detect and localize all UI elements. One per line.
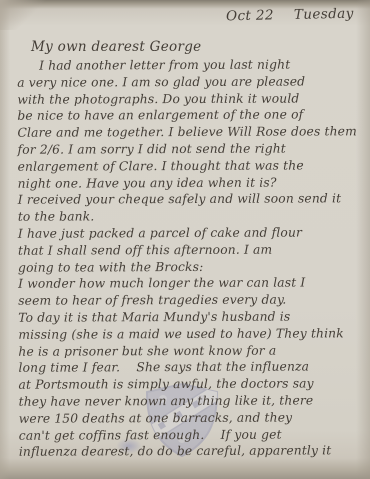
letter-date: Oct 22 [226,7,274,24]
letter-line: at Portsmouth is simply awful, the docto… [19,376,365,394]
letter-line: can't get coffins fast enough. If you ge… [19,427,365,445]
letter-line: enlargement of Clare. I thought that was… [18,158,364,176]
letter-line: missing (she is a maid we used to have) … [18,326,364,344]
letter-line: to the bank. [18,208,364,226]
letter-line: they have never known any thing like it,… [19,393,365,411]
letter-line: seem to hear of fresh tragedies every da… [18,292,364,310]
letter-line: with the photographs. Do you think it wo… [17,91,363,109]
letter-line: To day it is that Maria Mundy's husband … [18,309,364,327]
letter-line: that I shall send off this afternoon. I … [18,242,364,260]
letter-line: he is a prisoner but she wont know for a [18,343,364,361]
letter-line: night one. Have you any idea when it is? [18,175,364,193]
letter-line: for 2/6. I am sorry I did not send the r… [17,141,363,159]
letter-line: were 150 deaths at one barracks, and the… [19,410,365,428]
letter-line: I had another letter from you last night [17,57,363,75]
letter-line: long time I fear. She says that the infl… [18,360,364,378]
letter-page: Oct 22Tuesday My own dearest George I ha… [0,0,370,479]
letter-line: a very nice one. I am so glad you are pl… [17,74,363,92]
letter-line: be nice to have an enlargement of the on… [17,108,363,126]
paper-corner-edge [0,0,46,30]
letter-line: I received your cheque safely and will s… [18,192,364,210]
letter-line: I wonder how much longer the war can las… [18,276,364,294]
salutation: My own dearest George [31,39,201,55]
letter-line: I have just packed a parcel of cake and … [18,225,364,243]
letter-line: influenza dearest, do do be careful, app… [19,444,365,462]
letter-line: going to tea with the Brocks: [18,259,364,277]
letter-day: Tuesday [294,6,354,23]
letter-body: I had another letter from you last night… [17,57,365,462]
date-line: Oct 22Tuesday [226,6,354,25]
letter-line: Clare and me together. I believe Will Ro… [17,124,363,142]
